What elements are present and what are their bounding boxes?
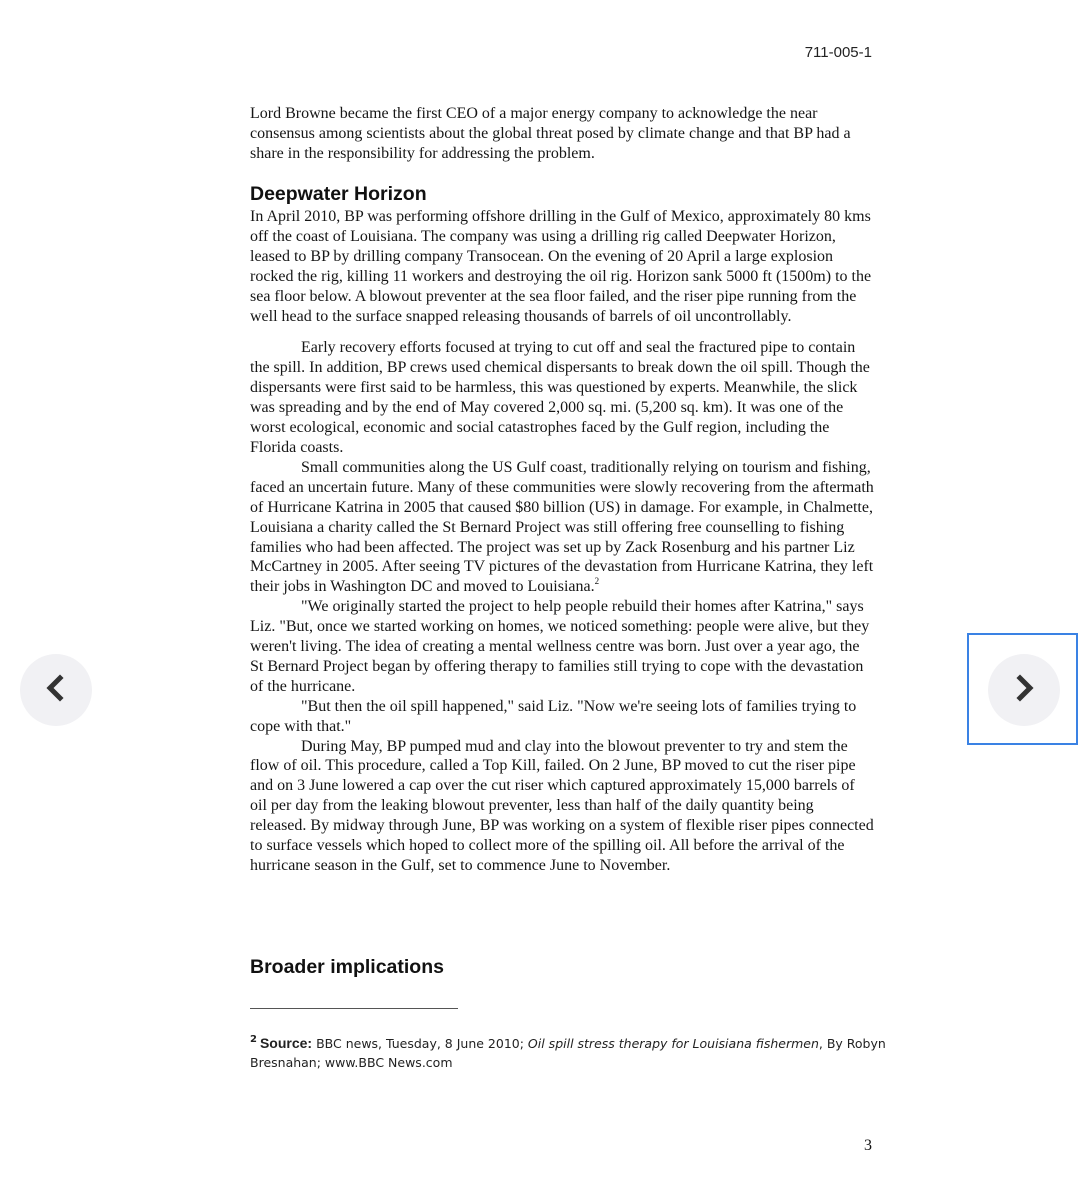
paragraph: Early recovery efforts focused at trying… <box>250 338 874 457</box>
chevron-right-icon <box>1009 673 1039 708</box>
paragraph: In April 2010, BP was performing offshor… <box>250 207 874 326</box>
section-heading-deepwater-horizon: Deepwater Horizon <box>250 183 427 206</box>
intro-paragraph: Lord Browne became the first CEO of a ma… <box>250 104 874 164</box>
previous-page-button[interactable] <box>20 654 92 726</box>
footnote-source-title: Oil spill stress therapy for Louisiana f… <box>528 1036 819 1051</box>
paragraph: "But then the oil spill happened," said … <box>250 697 874 737</box>
footnote: 2Source: BBC news, Tuesday, 8 June 2010;… <box>250 1034 890 1072</box>
footnote-reference[interactable]: 2 <box>595 576 600 586</box>
footnote-number: 2 <box>250 1034 257 1045</box>
next-page-button[interactable] <box>988 654 1060 726</box>
section-heading-broader-implications: Broader implications <box>250 956 444 979</box>
footnote-divider <box>250 1008 458 1009</box>
page-number: 3 <box>850 1137 872 1155</box>
document-page: 711-005-1 Lord Browne became the first C… <box>0 0 1080 1200</box>
footnote-label: Source: <box>260 1035 312 1051</box>
document-id: 711-005-1 <box>770 44 872 61</box>
paragraph: Lord Browne became the first CEO of a ma… <box>250 104 874 164</box>
paragraph: During May, BP pumped mud and clay into … <box>250 737 874 876</box>
paragraph: "We originally started the project to he… <box>250 597 874 697</box>
chevron-left-icon <box>41 673 71 708</box>
paragraph: Small communities along the US Gulf coas… <box>250 458 874 597</box>
section-body-deepwater-horizon: In April 2010, BP was performing offshor… <box>250 207 874 876</box>
